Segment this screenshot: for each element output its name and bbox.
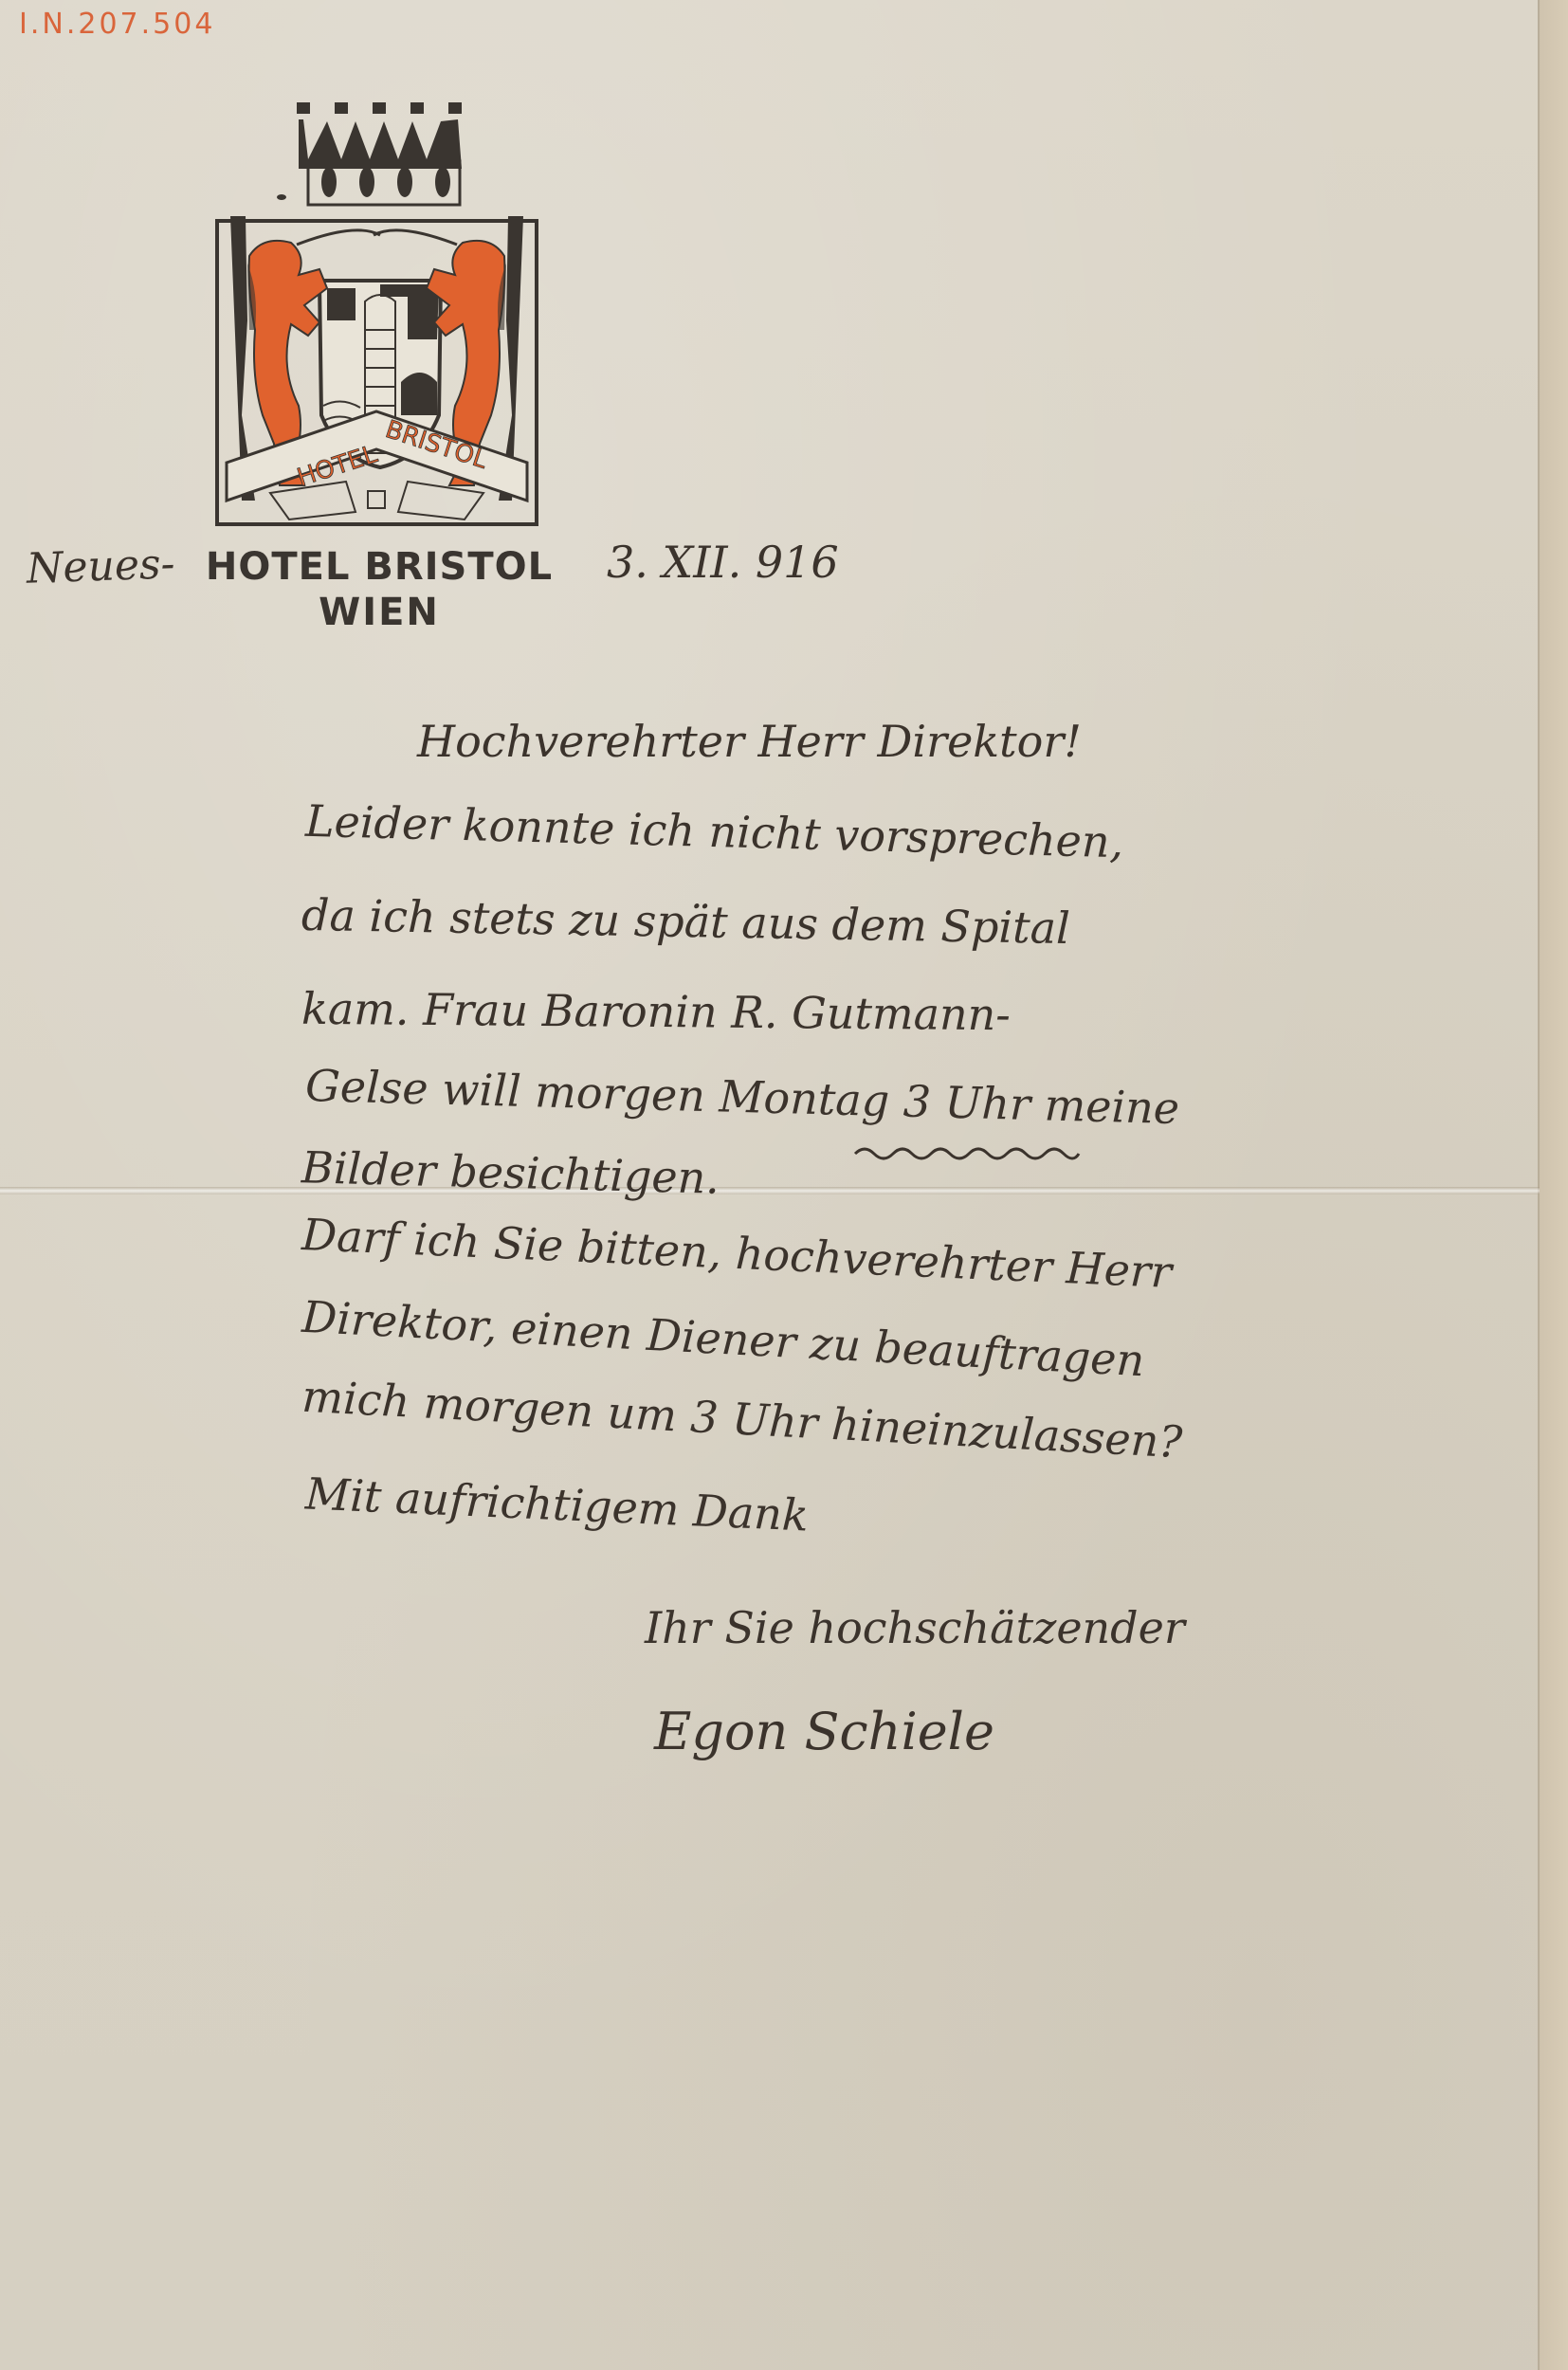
body-line: mich morgen um 3 Uhr hineinzulassen? [301,1371,1183,1468]
underline-montag [853,1142,1081,1161]
page-edge-strip [1538,0,1568,2370]
signature: Egon Schiele [654,1702,994,1761]
body-line: Bilder besichtigen. [301,1141,720,1204]
letterhead-city: WIEN [171,591,588,634]
closing: Ihr Sie hochschätzender [645,1602,1185,1653]
letterhead: HOTEL BRISTOL WIEN [171,545,588,634]
body-line: Darf ich Sie bitten, hochverehrter Herr [301,1209,1173,1298]
body-line: Direktor, einen Diener zu beauftragen [301,1291,1145,1386]
crown-icon [277,102,462,205]
body-line: Mit aufrichtigem Dank [304,1468,810,1540]
body-line: Gelse will morgen Montag 3 Uhr meine [304,1060,1179,1134]
letter-page: I.N.207.504 [0,0,1568,2370]
body-line: kam. Frau Baronin R. Gutmann- [301,983,1011,1041]
letter-date: 3. XII. 916 [607,537,839,588]
archive-number: I.N.207.504 [19,8,215,41]
letterhead-hotel-name: HOTEL BRISTOL [171,545,588,589]
fold-crease [0,1187,1540,1194]
salutation: Hochverehrter Herr Direktor! [417,716,1082,767]
handwritten-prefix: Neues- [26,539,175,592]
body-line: Leider konnte ich nicht vorsprechen, [304,795,1123,868]
hotel-bristol-crest-icon: HOTEL BRISTOL [213,102,540,529]
body-line: da ich stets zu spät aus dem Spital [301,889,1071,954]
